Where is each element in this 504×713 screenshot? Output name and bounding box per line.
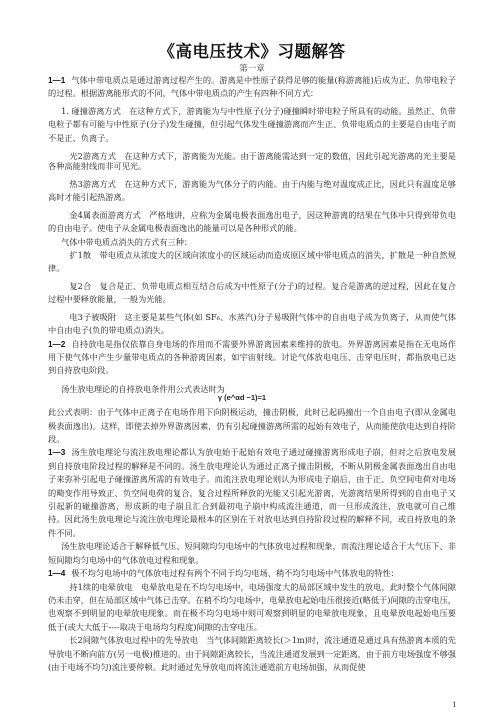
q1-4-point-2: 长2间隙气体放电过程中的先导放电 当气体间隙距离较长(＞1m)时，流注通道是通过… bbox=[48, 634, 456, 674]
document-body: 1—1气体中带电质点是通过游离过程产生的。游离是中性原子获得足够的能量(称游离能… bbox=[48, 74, 456, 674]
q1-3-text: 1—3汤生放电理论与流注放电理论都认为放电始于起始有效电子通过碰撞游离形成电子崩… bbox=[48, 446, 456, 540]
q1-2-text: 1—2自持放电是指仅依靠自身电场的作用而不需要外界游离因素来维持的放电。外界游离… bbox=[48, 338, 456, 378]
q1-1-loss-intro: 气体中带电质点消失的方式有三种： bbox=[48, 236, 456, 249]
document-page: 《高电压技术》习题解答 第一章 1—1气体中带电质点是通过游离过程产生的。游离是… bbox=[0, 0, 504, 713]
q1-1-intro: 1—1气体中带电质点是通过游离过程产生的。游离是中性原子获得足够的能量(称游离能… bbox=[48, 74, 456, 101]
q1-4-point-1: 持1续的电晕放电 电晕放电是在不均匀电场中，电场强度大的局部区域中发生的放电，此… bbox=[48, 581, 456, 635]
q1-2-explanation: 此公式表明：由于气体中正离子在电场作用下向阴极运动，撞击阴极，此时已起码撞出一个… bbox=[48, 406, 456, 446]
q1-4-intro: 1—4极不均匀电场中的气体放电过程有两个不同于均匀电场、稍不均匀电场中气体放电的… bbox=[48, 567, 456, 580]
q1-1-loss-3: 电3子被吸附 这主要是某些气体(如 SF₆、水蒸汽)分子易吸附气体中的自由电子成… bbox=[48, 311, 456, 338]
q1-1-loss-2: 复2合 复合是正、负带电质点相互结合后成为中性原子(分子)的过程。复合是游离的逆… bbox=[48, 280, 456, 307]
question-number: 1—4 bbox=[48, 569, 65, 578]
self-sustaining-formula: γ (e^αd −1)=1 bbox=[28, 394, 456, 402]
document-title: 《高电压技术》习题解答 bbox=[0, 38, 504, 62]
question-number: 1—1 bbox=[48, 76, 65, 85]
question-number: 1—3 bbox=[48, 448, 65, 457]
chapter-heading: 第一章 bbox=[0, 62, 504, 74]
q1-3-scope: 汤生放电理论适合于解释低气压、短间隙均匀电场中的气体放电过程和现象，而流注理论适… bbox=[48, 540, 456, 567]
q1-1-loss-1: 扩1散 带电质点从浓度大的区域向浓度小的区域运动而造成原区域中带电质点的消失，扩… bbox=[48, 249, 456, 276]
q1-1-method-4: 金4属表面游离方式 严格地讲，应称为金属电极表面逸出电子，因这种游离的结果在气体… bbox=[48, 209, 456, 236]
question-number: 1—2 bbox=[48, 340, 65, 349]
q1-1-method-1: 1. 碰撞游离方式 在这种方式下，游离能为与中性原子(分子)碰撞瞬时带电粒子所具… bbox=[48, 105, 456, 145]
q1-1-method-2: 光2游离方式 在这种方式下，游离能为光能。由于游离能需达到一定的数值，因此引起光… bbox=[48, 152, 456, 171]
page-number: 1 bbox=[452, 700, 457, 709]
q1-1-method-3: 热3游离方式 在这种方式下，游离能为气体分子的内能。由于内能与绝对温度成正比，因… bbox=[48, 178, 456, 205]
